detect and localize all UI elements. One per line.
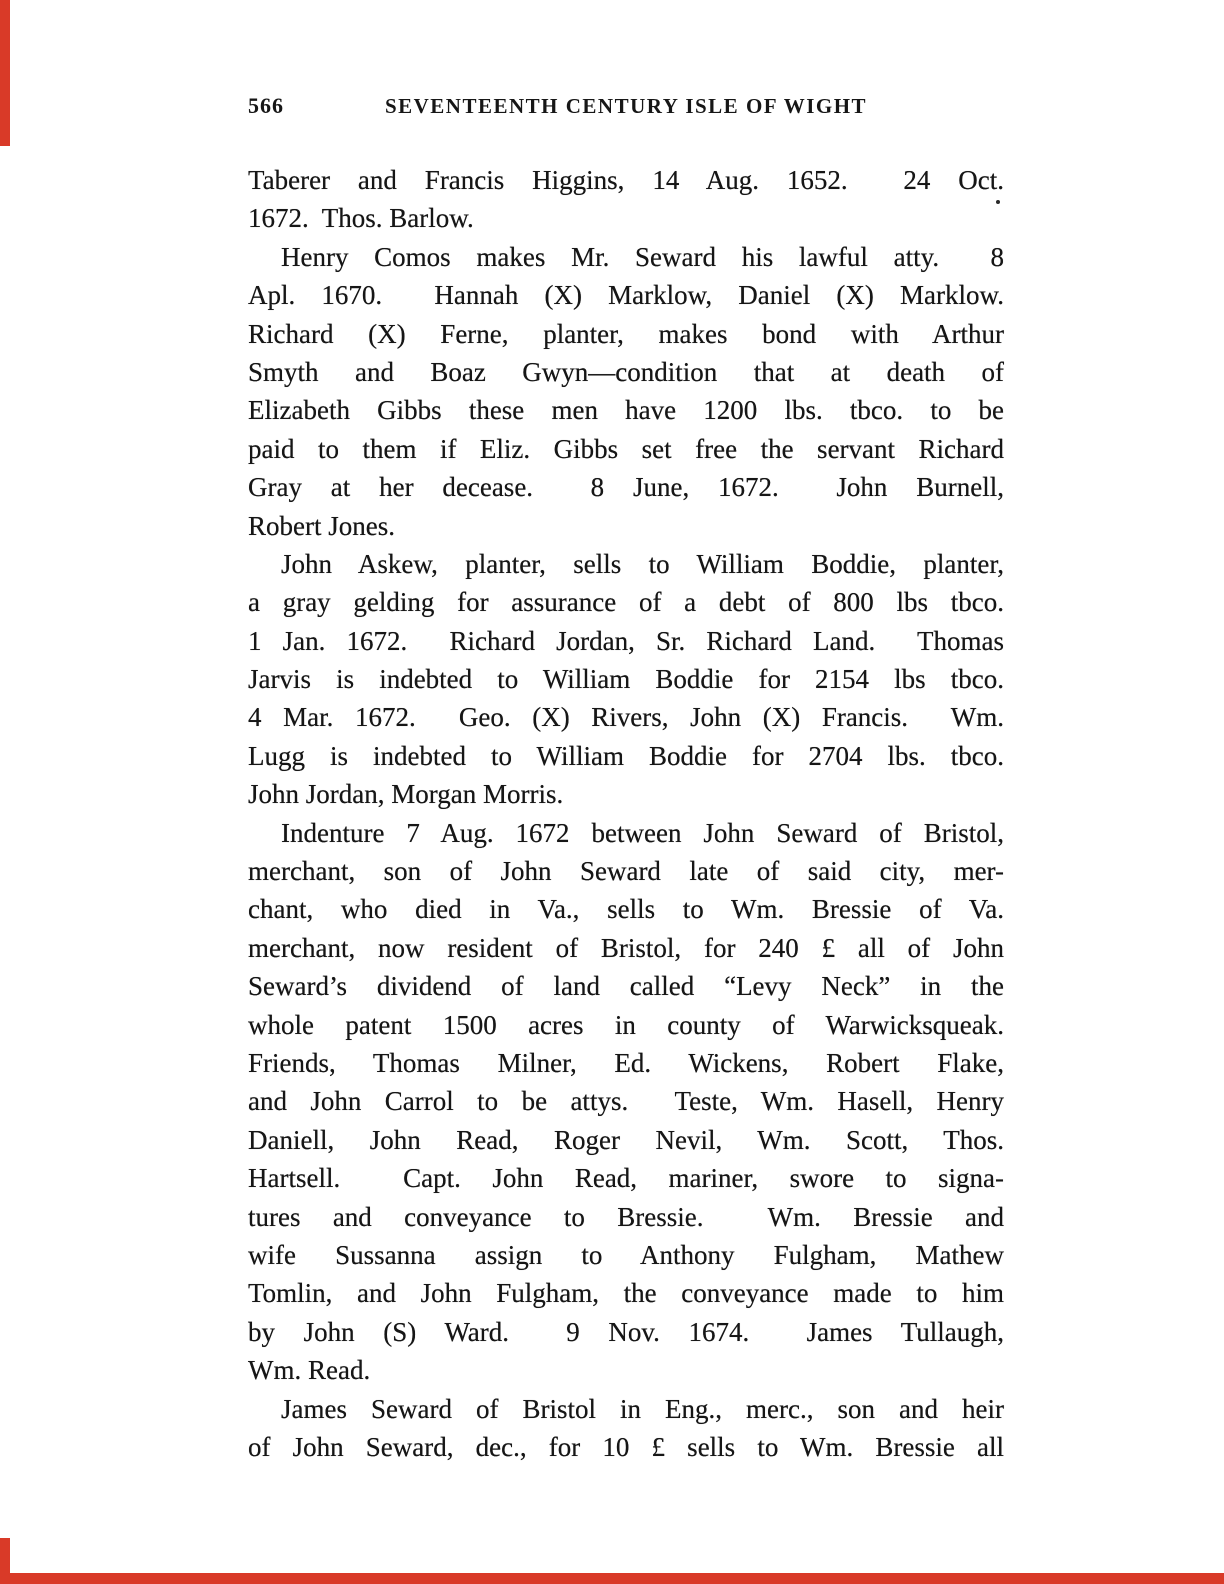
text-line: James Seward of Bristol in Eng., merc., … [248,1390,1004,1428]
text-line: Hartsell. Capt. John Read, mariner, swor… [248,1159,1004,1197]
text-line: Henry Comos makes Mr. Seward his lawful … [248,238,1004,276]
page-header: 566 SEVENTEENTH CENTURY ISLE OF WIGHT [248,92,1004,122]
text-line: 4 Mar. 1672. Geo. (X) Rivers, John (X) F… [248,698,1004,736]
text-line: paid to them if Eliz. Gibbs set free the… [248,430,1004,468]
scan-edge-mark-left-top [0,0,10,146]
text-line: and John Carrol to be attys. Teste, Wm. … [248,1082,1004,1120]
text-line: Gray at her decease. 8 June, 1672. John … [248,468,1004,506]
running-header-title: SEVENTEENTH CENTURY ISLE OF WIGHT [248,94,1004,119]
text-line: Seward’s dividend of land called “Levy N… [248,967,1004,1005]
text-line: Smyth and Boaz Gwyn—condition that at de… [248,353,1004,391]
text-line: Richard (X) Ferne, planter, makes bond w… [248,315,1004,353]
text-line: 1 Jan. 1672. Richard Jordan, Sr. Richard… [248,622,1004,660]
text-line: by John (S) Ward. 9 Nov. 1674. James Tul… [248,1313,1004,1351]
text-line: merchant, now resident of Bristol, for 2… [248,929,1004,967]
text-line: Indenture 7 Aug. 1672 between John Sewar… [248,814,1004,852]
scan-edge-mark-bottom [0,1573,1224,1584]
text-line: wife Sussanna assign to Anthony Fulgham,… [248,1236,1004,1274]
text-line: a gray gelding for assurance of a debt o… [248,583,1004,621]
text-line: Friends, Thomas Milner, Ed. Wickens, Rob… [248,1044,1004,1082]
print-speck [996,200,1000,204]
text-line: John Jordan, Morgan Morris. [248,775,1004,813]
text-line: whole patent 1500 acres in county of War… [248,1006,1004,1044]
text-line: Lugg is indebted to William Boddie for 2… [248,737,1004,775]
page-text: Taberer and Francis Higgins, 14 Aug. 165… [248,161,1004,1466]
text-line: Robert Jones. [248,507,1004,545]
book-page: 566 SEVENTEENTH CENTURY ISLE OF WIGHT Ta… [0,0,1224,1584]
text-line: John Askew, planter, sells to William Bo… [248,545,1004,583]
text-line: Jarvis is indebted to William Boddie for… [248,660,1004,698]
text-line: Taberer and Francis Higgins, 14 Aug. 165… [248,161,1004,199]
text-line: Daniell, John Read, Roger Nevil, Wm. Sco… [248,1121,1004,1159]
text-line: chant, who died in Va., sells to Wm. Bre… [248,890,1004,928]
text-line: Apl. 1670. Hannah (X) Marklow, Daniel (X… [248,276,1004,314]
text-line: merchant, son of John Seward late of sai… [248,852,1004,890]
text-line: of John Seward, dec., for 10 £ sells to … [248,1428,1004,1466]
text-line: tures and conveyance to Bressie. Wm. Bre… [248,1198,1004,1236]
text-line: Elizabeth Gibbs these men have 1200 lbs.… [248,391,1004,429]
text-line: Wm. Read. [248,1351,1004,1389]
text-line: 1672. Thos. Barlow. [248,199,1004,237]
text-line: Tomlin, and John Fulgham, the conveyance… [248,1274,1004,1312]
